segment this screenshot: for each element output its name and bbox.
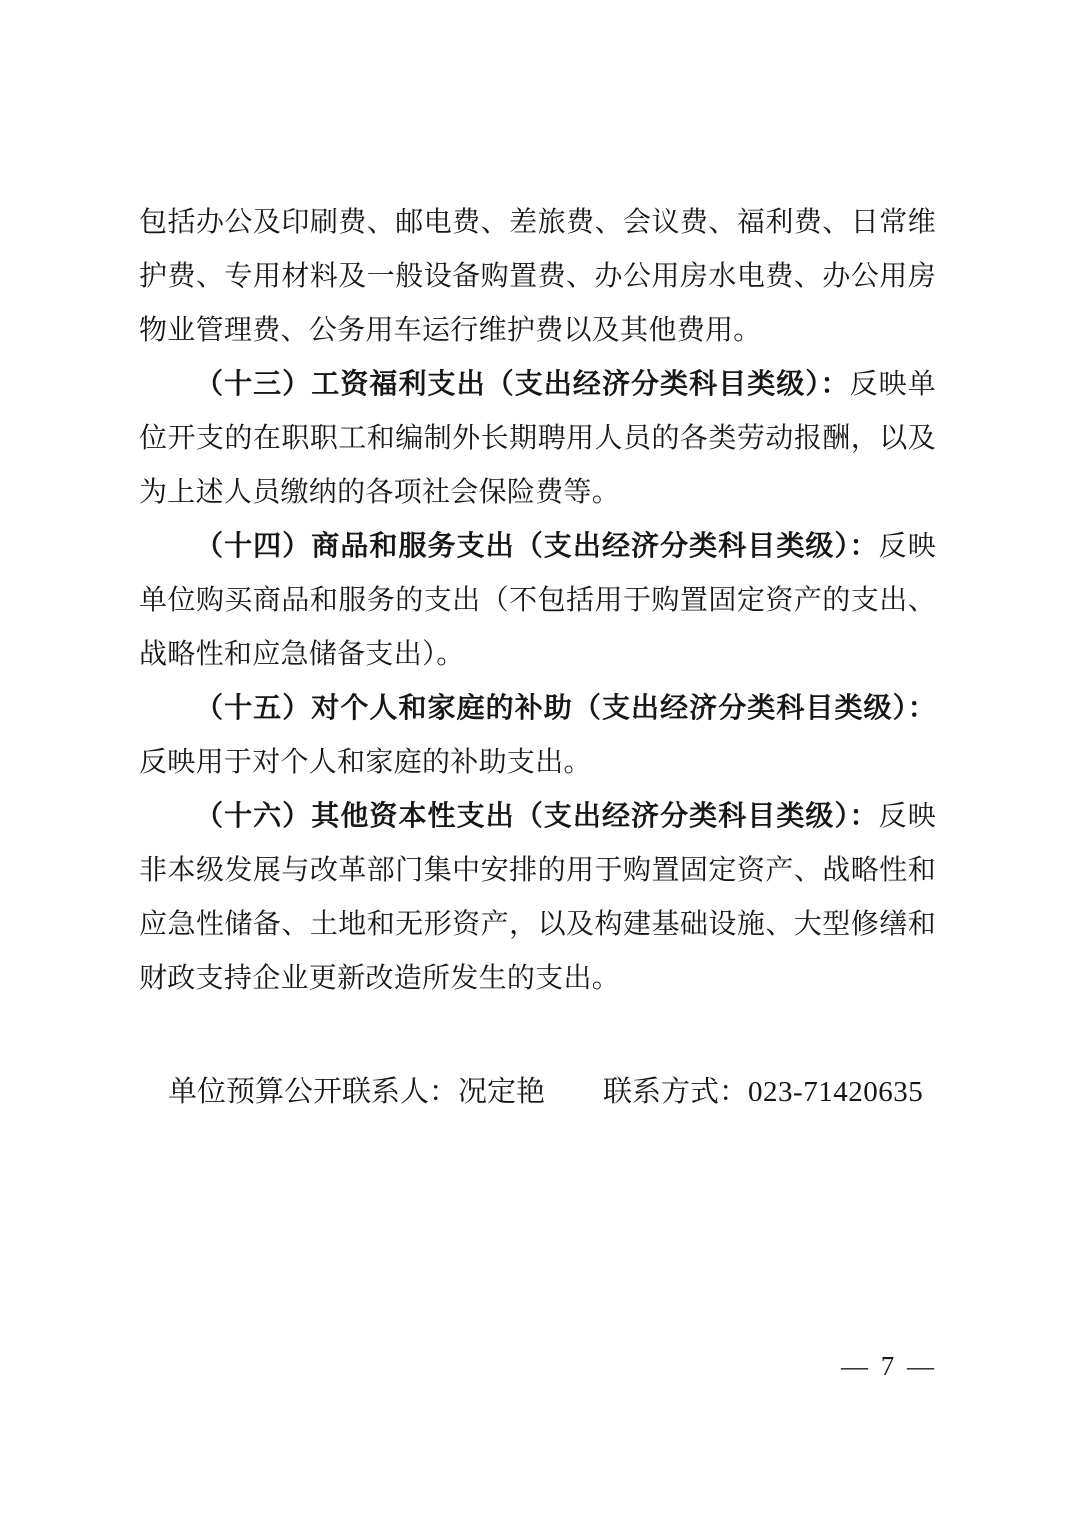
contact-person-name: 况定艳 bbox=[458, 1076, 545, 1108]
paragraph-text: 包括办公及印刷费、邮电费、差旅费、会议费、福利费、日常维护费、专用材料及一般设备… bbox=[139, 207, 936, 346]
paragraph-text: 反映用于对个人和家庭的补助支出。 bbox=[139, 747, 592, 778]
contact-person-label: 单位预算公开联系人： bbox=[168, 1076, 458, 1108]
paragraph-heading: （十四）商品和服务支出（支出经济分类科目类级）： bbox=[195, 531, 879, 562]
paragraph-heading: （十六）其他资本性支出（支出经济分类科目类级）： bbox=[195, 801, 879, 832]
paragraph-item-14: （十四）商品和服务支出（支出经济分类科目类级）：反映单位购买商品和服务的支出（不… bbox=[139, 520, 936, 682]
contact-phone-label: 联系方式： bbox=[603, 1076, 748, 1108]
paragraph-heading: （十五）对个人和家庭的补助（支出经济分类科目类级）： bbox=[195, 693, 936, 724]
paragraph-item-15: （十五）对个人和家庭的补助（支出经济分类科目类级）：反映用于对个人和家庭的补助支… bbox=[139, 682, 936, 790]
document-page: 包括办公及印刷费、邮电费、差旅费、会议费、福利费、日常维护费、专用材料及一般设备… bbox=[0, 0, 1074, 1520]
contact-line: 单位预算公开联系人：况定艳联系方式：023-71420635 bbox=[139, 1065, 936, 1119]
paragraph-item-16: （十六）其他资本性支出（支出经济分类科目类级）：反映非本级发展与改革部门集中安排… bbox=[139, 790, 936, 1006]
document-body: 包括办公及印刷费、邮电费、差旅费、会议费、福利费、日常维护费、专用材料及一般设备… bbox=[139, 196, 936, 1006]
page-number: — 7 — bbox=[841, 1348, 937, 1384]
contact-phone-number: 023-71420635 bbox=[748, 1076, 923, 1108]
paragraph-continuation: 包括办公及印刷费、邮电费、差旅费、会议费、福利费、日常维护费、专用材料及一般设备… bbox=[139, 196, 936, 358]
paragraph-item-13: （十三）工资福利支出（支出经济分类科目类级）：反映单位开支的在职职工和编制外长期… bbox=[139, 358, 936, 520]
paragraph-heading: （十三）工资福利支出（支出经济分类科目类级）： bbox=[195, 369, 850, 400]
